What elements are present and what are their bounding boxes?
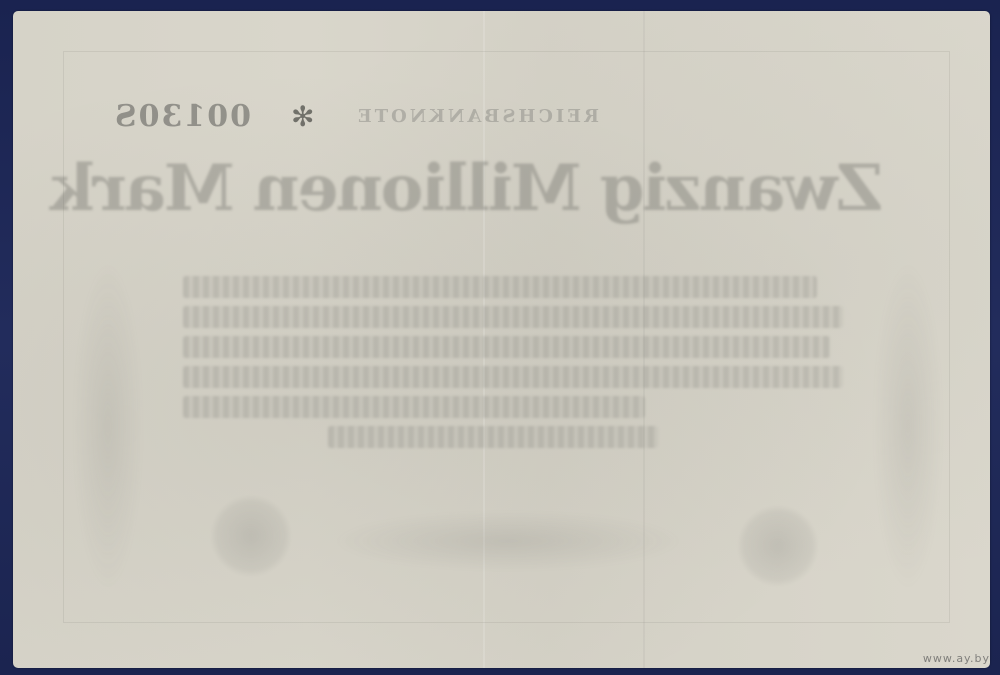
show-through-text-block [183, 276, 843, 456]
site-watermark: www.ay.by [923, 652, 990, 665]
text-line [183, 276, 817, 298]
serial-number: 00130S [113, 99, 251, 134]
text-line [183, 336, 830, 358]
text-line [183, 366, 843, 388]
text-line [183, 396, 645, 418]
text-line [328, 426, 658, 448]
denomination-title: Zwanzig Millionen Mark [123, 151, 883, 231]
signature-area [333, 511, 683, 571]
left-seal [211, 496, 291, 576]
star-icon: ✻ [291, 100, 314, 133]
text-line [183, 306, 843, 328]
left-ornament [73, 261, 143, 591]
banknote: 00130S ✻ REICHSBANKNOTE Zwanzig Millione… [13, 11, 990, 668]
right-ornament [873, 261, 943, 591]
header-caption: REICHSBANKNOTE [355, 106, 599, 127]
banknote-header: 00130S ✻ REICHSBANKNOTE [113, 96, 713, 136]
photo-frame: 00130S ✻ REICHSBANKNOTE Zwanzig Millione… [0, 0, 1000, 675]
right-seal [738, 506, 818, 586]
